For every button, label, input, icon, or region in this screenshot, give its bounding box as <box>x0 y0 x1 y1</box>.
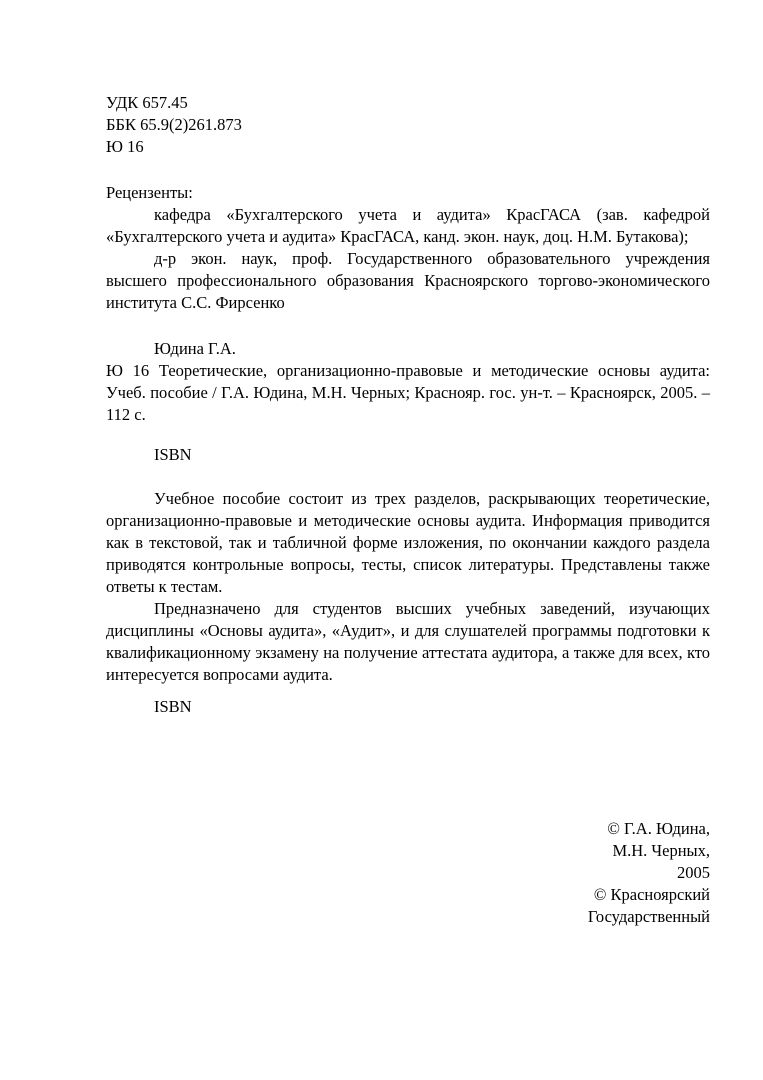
udk-code: УДК 657.45 <box>106 92 710 114</box>
copyright-line-author2: М.Н. Черных, <box>106 840 710 862</box>
copyright-line-author1: © Г.А. Юдина, <box>106 818 710 840</box>
copyright-block: © Г.А. Юдина, М.Н. Черных, 2005 © Красно… <box>106 818 710 928</box>
reviewers-label: Рецензенты: <box>106 182 710 204</box>
book-imprint-page: УДК 657.45 ББК 65.9(2)261.873 Ю 16 Рецен… <box>0 0 763 1080</box>
catalog-card-block: Юдина Г.А. Ю 16 Теоретические, организац… <box>106 338 710 466</box>
reviewer-item-department: кафедра «Бухгалтерского учета и аудита» … <box>106 204 710 248</box>
annotation-paragraph-contents: Учебное пособие состоит из трех разделов… <box>106 488 710 598</box>
isbn-line-bottom: ISBN <box>106 696 710 718</box>
copyright-line-org1: © Красноярский <box>106 884 710 906</box>
catalog-author: Юдина Г.А. <box>106 338 710 360</box>
copyright-line-year: 2005 <box>106 862 710 884</box>
annotation-paragraph-audience: Предназначено для студентов высших учебн… <box>106 598 710 686</box>
bbk-code: ББК 65.9(2)261.873 <box>106 114 710 136</box>
author-sign: Ю 16 <box>106 136 710 158</box>
classification-codes-block: УДК 657.45 ББК 65.9(2)261.873 Ю 16 <box>106 92 710 158</box>
reviewers-block: Рецензенты: кафедра «Бухгалтерского учет… <box>106 182 710 314</box>
annotation-block: Учебное пособие состоит из трех разделов… <box>106 488 710 718</box>
catalog-entry: Ю 16 Теоретические, организационно-право… <box>106 360 710 426</box>
copyright-line-org2: Государственный <box>106 906 710 928</box>
reviewer-item-professor: д-р экон. наук, проф. Государственного о… <box>106 248 710 314</box>
page-content: УДК 657.45 ББК 65.9(2)261.873 Ю 16 Рецен… <box>0 0 763 928</box>
isbn-line-top: ISBN <box>106 444 710 466</box>
